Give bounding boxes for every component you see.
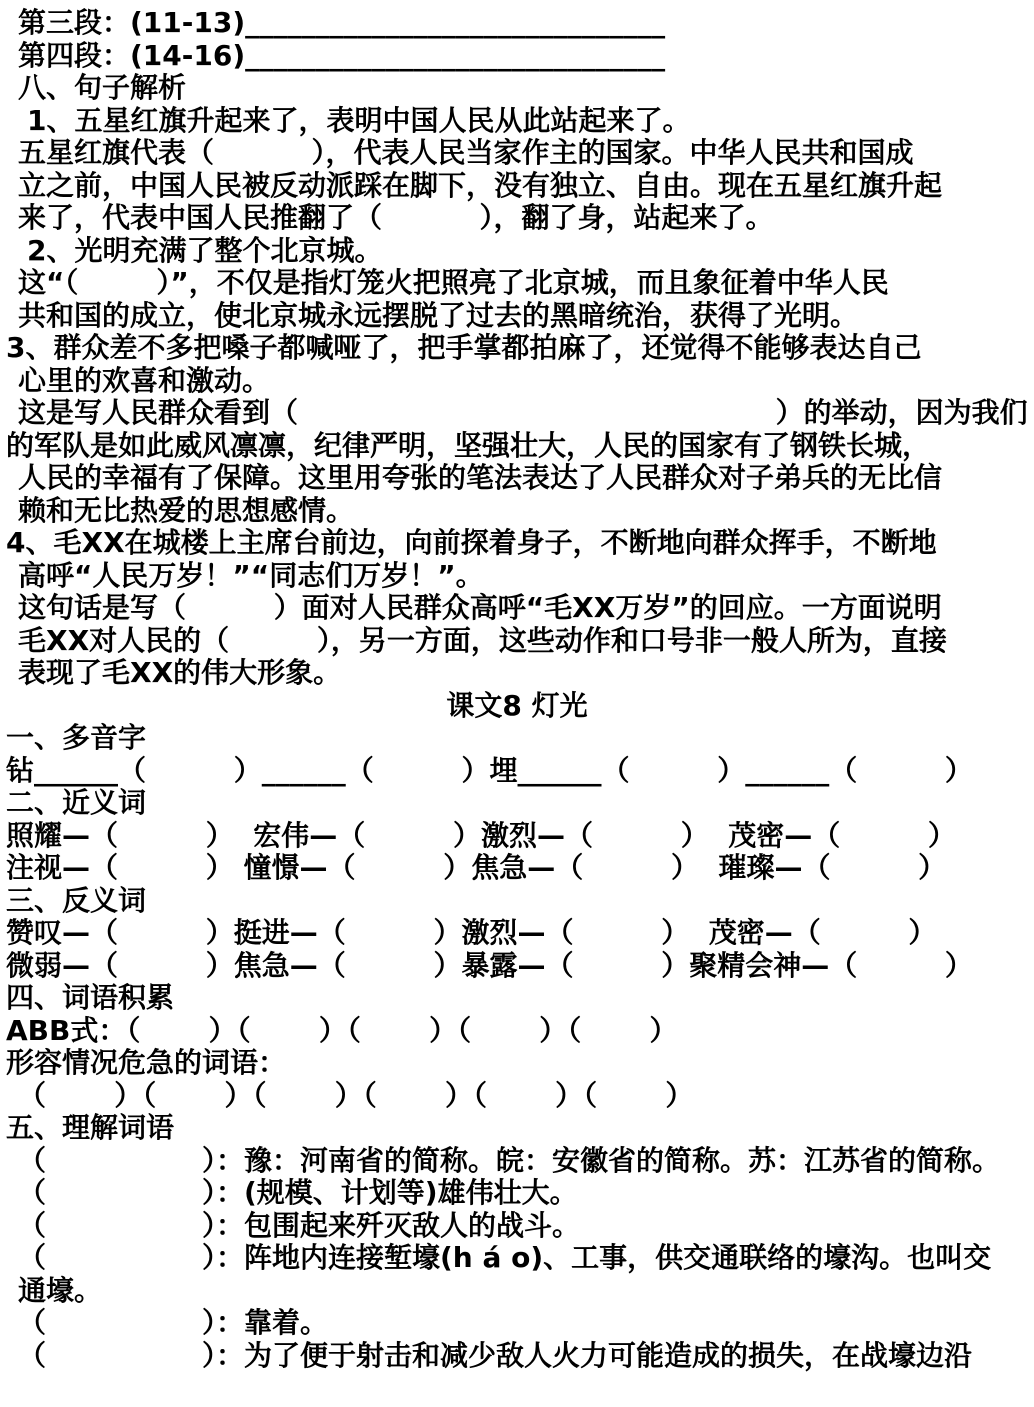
text-line: 四、词语积累 bbox=[0, 982, 1034, 1015]
text-line: 八、句子解析 bbox=[0, 72, 1034, 105]
text-line: 这是写人民群众看到（ ）的举动，因为我们 bbox=[0, 397, 1034, 430]
text-line: （ ）：为了便于射击和减少敌人火力可能造成的损失，在战壕边沿 bbox=[0, 1340, 1034, 1373]
text-line: 4、毛XX在城楼上主席台前边，向前探着身子，不断地向群众挥手，不断地 bbox=[0, 527, 1034, 560]
text-line: 毛XX对人民的（ ），另一方面，这些动作和口号非一般人所为，直接 bbox=[0, 625, 1034, 658]
text-line: 五星红旗代表（ ），代表人民当家作主的国家。中华人民共和国成 bbox=[0, 137, 1034, 170]
text-line: 通壕。 bbox=[0, 1275, 1034, 1308]
text-line: 3、群众差不多把嗓子都喊哑了，把手掌都拍麻了，还觉得不能够表达自己 bbox=[0, 332, 1034, 365]
text-line: 第四段：(14-16)_____________________________… bbox=[0, 40, 1034, 73]
text-line: 五、理解词语 bbox=[0, 1112, 1034, 1145]
document-lines: 第三段：(11-13)_____________________________… bbox=[0, 7, 1034, 1372]
text-line: 照耀—（ ） 宏伟—（ ）激烈—（ ） 茂密—（ ） bbox=[0, 820, 1034, 853]
text-line: 的军队是如此威风凛凛，纪律严明，坚强壮大，人民的国家有了钢铁长城， bbox=[0, 430, 1034, 463]
text-line: 人民的幸福有了保障。这里用夸张的笔法表达了人民群众对子弟兵的无比信 bbox=[0, 462, 1034, 495]
text-line: （ ）：靠着。 bbox=[0, 1307, 1034, 1340]
text-line: 这“（ ）”，不仅是指灯笼火把照亮了北京城，而且象征着中华人民 bbox=[0, 267, 1034, 300]
text-line: 立之前，中国人民被反动派踩在脚下，没有独立、自由。现在五星红旗升起 bbox=[0, 170, 1034, 203]
text-line: 赖和无比热爱的思想感情。 bbox=[0, 495, 1034, 528]
text-line: 注视—（ ） 憧憬—（ ）焦急—（ ） 璀璨—（ ） bbox=[0, 852, 1034, 885]
text-line: 赞叹—（ ）挺进—（ ）激烈—（ ） 茂密—（ ） bbox=[0, 917, 1034, 950]
text-line: （ ）：豫：河南省的简称。皖：安徽省的简称。苏：江苏省的简称。 bbox=[0, 1145, 1034, 1178]
text-line: 一、多音字 bbox=[0, 722, 1034, 755]
text-line: 心里的欢喜和激动。 bbox=[0, 365, 1034, 398]
text-line: 高呼“人民万岁！”“同志们万岁！”。 bbox=[0, 560, 1034, 593]
text-line: （ ）：包围起来歼灭敌人的战斗。 bbox=[0, 1210, 1034, 1243]
text-line: 三、反义词 bbox=[0, 885, 1034, 918]
worksheet-page: 第三段：(11-13)_____________________________… bbox=[0, 0, 1034, 1407]
text-line: （ ）（ ）（ ）（ ）（ ）（ ） bbox=[0, 1080, 1034, 1113]
text-line: （ ）：(规模、计划等)雄伟壮大。 bbox=[0, 1177, 1034, 1210]
text-line: （ ）：阵地内连接堑壕(h á o)、工事，供交通联络的壕沟。也叫交 bbox=[0, 1242, 1034, 1275]
text-line: 钻______（ ）______（ ）埋______（ ）______（ ） bbox=[0, 755, 1034, 788]
text-line: 来了，代表中国人民推翻了（ ），翻了身，站起来了。 bbox=[0, 202, 1034, 235]
lesson-heading: 课文8 灯光 bbox=[0, 690, 1034, 723]
text-line: 表现了毛XX的伟大形象。 bbox=[0, 657, 1034, 690]
text-line: 形容情况危急的词语： bbox=[0, 1047, 1034, 1080]
text-line: 共和国的成立，使北京城永远摆脱了过去的黑暗统治，获得了光明。 bbox=[0, 300, 1034, 333]
text-line: 这句话是写（ ）面对人民群众高呼“毛XX万岁”的回应。一方面说明 bbox=[0, 592, 1034, 625]
text-line: ABB式：（ ）（ ）（ ）（ ）（ ） bbox=[0, 1015, 1034, 1048]
text-line: 2、光明充满了整个北京城。 bbox=[0, 235, 1034, 268]
text-line: 微弱—（ ）焦急—（ ）暴露—（ ）聚精会神—（ ） bbox=[0, 950, 1034, 983]
text-line: 第三段：(11-13)_____________________________… bbox=[0, 7, 1034, 40]
text-line: 二、近义词 bbox=[0, 787, 1034, 820]
text-line: 1、五星红旗升起来了，表明中国人民从此站起来了。 bbox=[0, 105, 1034, 138]
